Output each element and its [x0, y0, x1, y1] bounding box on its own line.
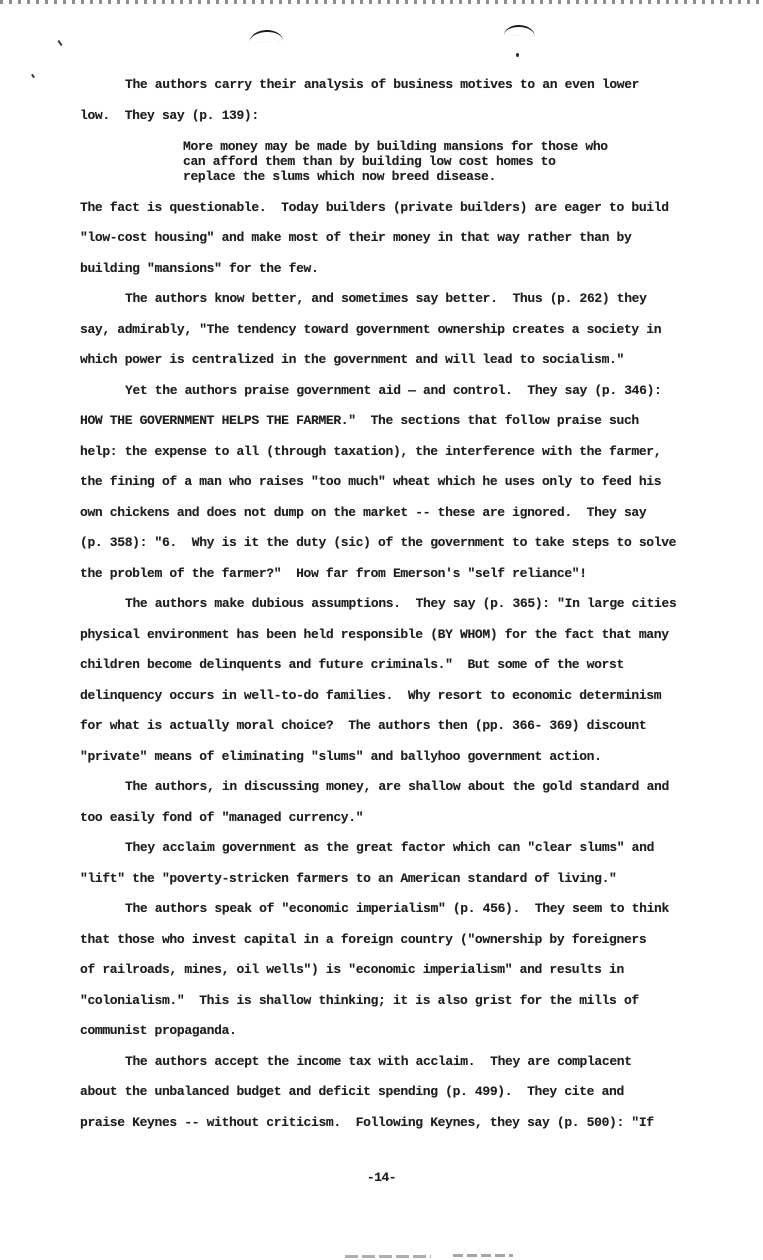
- text-line: say, admirably, ″The tendency toward gov…: [80, 315, 700, 346]
- text-line: The authors know better, and sometimes s…: [80, 284, 700, 315]
- quote-line: can afford them than by building low cos…: [183, 154, 700, 169]
- quote-line: More money may be made by building mansi…: [183, 139, 700, 154]
- text-line: praise Keynes -- without criticism. Foll…: [80, 1108, 700, 1139]
- text-line: own chickens and does not dump on the ma…: [80, 498, 700, 529]
- text-line: that those who invest capital in a forei…: [80, 925, 700, 956]
- text-line: help: the expense to all (through taxati…: [80, 437, 700, 468]
- text-line: ″private″ means of eliminating ″slums″ a…: [80, 742, 700, 773]
- text-line: too easily fond of ″managed currency.″: [80, 803, 700, 834]
- text-line: physical environment has been held respo…: [80, 620, 700, 651]
- page-number: -14-: [0, 1165, 763, 1191]
- text-line: Yet the authors praise government aid — …: [80, 376, 700, 407]
- text-line: The authors accept the income tax with a…: [80, 1047, 700, 1078]
- text-line: ″lift″ the ″poverty-stricken farmers to …: [80, 864, 700, 895]
- binder-arc-right-mark: [504, 24, 535, 36]
- scan-artifact: [453, 1254, 513, 1257]
- quote-line: replace the slums which now breed diseas…: [183, 169, 700, 184]
- binder-arc-left-mark: [249, 29, 284, 43]
- text-line: (p. 358): ″6. Why is it the duty (sic) o…: [80, 528, 700, 559]
- text-line: The fact is questionable. Today builders…: [80, 193, 700, 224]
- perforation-edge: [0, 0, 763, 4]
- text-line: The authors carry their analysis of busi…: [80, 70, 700, 101]
- text-line: ″low-cost housing″ and make most of thei…: [80, 223, 700, 254]
- text-line: The authors, in discussing money, are sh…: [80, 772, 700, 803]
- scanned-document-page: The authors carry their analysis of busi…: [0, 0, 763, 1260]
- text-line: delinquency occurs in well-to-do familie…: [80, 681, 700, 712]
- text-line: communist propaganda.: [80, 1016, 700, 1047]
- text-line: the problem of the farmer?″ How far from…: [80, 559, 700, 590]
- text-line: which power is centralized in the govern…: [80, 345, 700, 376]
- ink-speck: [31, 74, 35, 78]
- text-line: low. They say (p. 139):: [80, 101, 700, 132]
- text-line: about the unbalanced budget and deficit …: [80, 1077, 700, 1108]
- scan-artifact: [345, 1255, 431, 1258]
- text-line: They acclaim government as the great fac…: [80, 833, 700, 864]
- text-line: children become delinquents and future c…: [80, 650, 700, 681]
- text-line: The authors speak of ″economic imperiali…: [80, 894, 700, 925]
- text-line: for what is actually moral choice? The a…: [80, 711, 700, 742]
- text-line: The authors make dubious assumptions. Th…: [80, 589, 700, 620]
- text-line: building ″mansions″ for the few.: [80, 254, 700, 285]
- document-body: The authors carry their analysis of busi…: [80, 70, 700, 1138]
- block-quote: More money may be made by building mansi…: [183, 139, 700, 185]
- text-line: of railroads, mines, oil wells″) is ″eco…: [80, 955, 700, 986]
- ink-speck: [57, 40, 62, 46]
- ink-speck: [516, 53, 519, 57]
- text-line: ″colonialism.″ This is shallow thinking;…: [80, 986, 700, 1017]
- text-line: the fining of a man who raises ″too much…: [80, 467, 700, 498]
- text-line: HOW THE GOVERNMENT HELPS THE FARMER.″ Th…: [80, 406, 700, 437]
